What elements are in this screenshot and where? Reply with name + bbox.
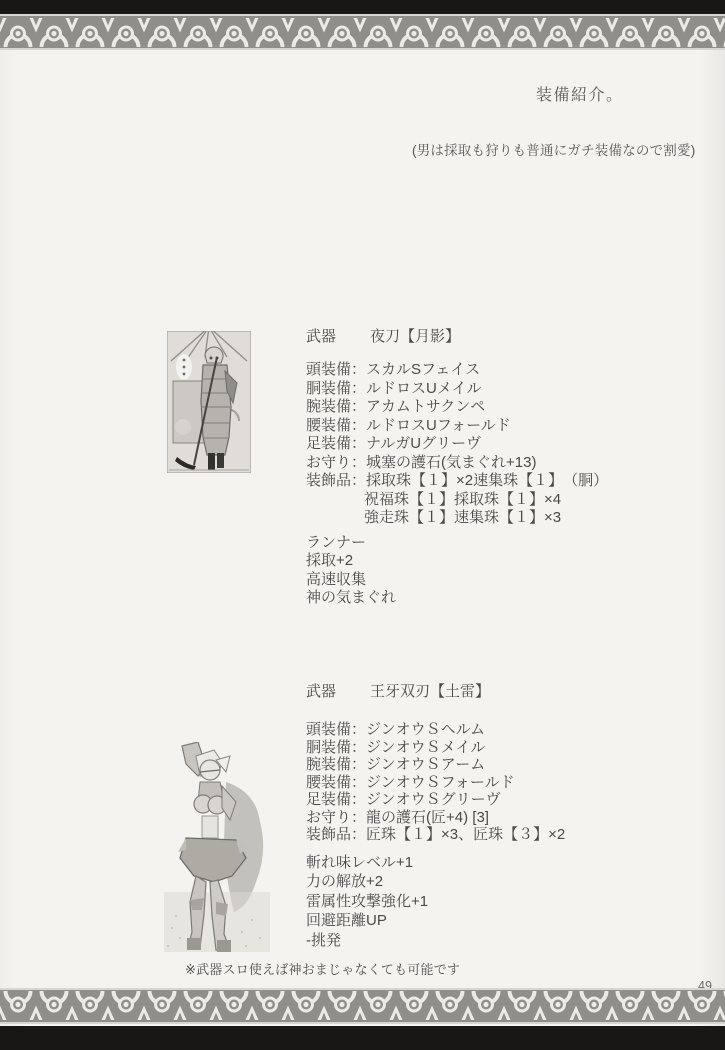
equipment-row: 頭装備：スカルSフェイス	[306, 361, 608, 380]
footnote: ※武器スロ使えば神おまじゃなくても可能です	[185, 959, 460, 978]
weapon-label: 武器	[306, 683, 370, 701]
equipment-value: 城塞の護石(気まぐれ+13)	[366, 454, 536, 471]
text-line: 斬れ味レベル+1	[306, 853, 565, 873]
bottom-ornament-border	[0, 988, 725, 1024]
equipment-slot-label: 装飾品：	[306, 826, 366, 843]
equipment-row: 足装備：ナルガUグリーヴ	[306, 435, 608, 454]
equipment-value: ナルガUグリーヴ	[366, 435, 481, 452]
skill-list: 斬れ味レベル+1 力の解放+2 雷属性攻撃強化+1 回避距離UP -挑発	[306, 853, 565, 951]
page-subtitle: (男は採取も狩りも普通にガチ装備なので割愛)	[412, 139, 695, 159]
weapon-line: 武器 王牙双刃【土雷】	[306, 683, 565, 701]
loadout-hunting-set: 武器 王牙双刃【土雷】 頭装備：ジンオウＳヘルム 胴装備：ジンオウＳメイル 腕装…	[306, 683, 565, 950]
top-ornament-border	[0, 14, 725, 50]
equipment-row: 足装備：ジンオウＳグリーヴ	[306, 791, 565, 809]
equipment-value: ルドロスUフォールド	[366, 417, 511, 434]
equipment-slot-label: 腰装備：	[306, 774, 366, 791]
equipment-slot-label: 腕装備：	[306, 756, 366, 773]
weapon-name: 夜刀【月影】	[370, 328, 460, 346]
equipment-slot-label: 足装備：	[306, 791, 366, 808]
bottom-black-strip	[0, 1026, 725, 1050]
equipment-row: 腕装備：ジンオウＳアーム	[306, 756, 565, 774]
equipment-value: 匠珠【１】×3、匠珠【３】×2	[366, 826, 565, 843]
equipment-row: 胴装備：ジンオウＳメイル	[306, 739, 565, 757]
equipment-slot-label: 腰装備：	[306, 417, 366, 434]
equipment-value: ジンオウＳグリーヴ	[366, 791, 501, 808]
equipment-slot-label: 装飾品：	[306, 472, 366, 489]
decoration-extra-lines: 祝福珠【１】採取珠【１】×4 強走珠【１】速集珠【１】×3	[306, 491, 608, 528]
equipment-list: 頭装備：スカルSフェイス 胴装備：ルドロスUメイル 腕装備：アカムトサクンペ 腰…	[306, 361, 608, 491]
equipment-slot-label: お守り：	[306, 809, 366, 826]
equipment-slot-label: 胴装備：	[306, 380, 366, 397]
text-line: 雷属性攻撃強化+1	[306, 892, 565, 912]
equipment-value: ジンオウＳメイル	[366, 739, 485, 756]
page-title: 装備紹介。	[536, 82, 624, 105]
text-line: 採取+2	[306, 552, 608, 571]
equipment-value: ルドロスUメイル	[366, 380, 482, 397]
equipment-value: アカムトサクンペ	[366, 398, 485, 415]
equipment-value: ジンオウＳヘルム	[366, 721, 485, 738]
equipment-slot-label: 頭装備：	[306, 721, 366, 738]
equipment-value: ジンオウＳアーム	[366, 756, 485, 773]
illustration-hunter-gathering-set	[167, 331, 251, 473]
equipment-row: 腰装備：ジンオウＳフォールド	[306, 774, 565, 792]
equipment-row: お守り：龍の護石(匠+4) [3]	[306, 809, 565, 827]
equipment-row: 胴装備：ルドロスUメイル	[306, 380, 608, 399]
text-line: 強走珠【１】速集珠【１】×3	[306, 509, 608, 528]
text-line: 高速収集	[306, 571, 608, 590]
text-line: 神の気まぐれ	[306, 589, 608, 608]
text-line: 力の解放+2	[306, 872, 565, 892]
equipment-value: スカルSフェイス	[366, 361, 480, 378]
equipment-row: 頭装備：ジンオウＳヘルム	[306, 721, 565, 739]
weapon-label: 武器	[306, 328, 370, 346]
equipment-slot-label: 腕装備：	[306, 398, 366, 415]
equipment-slot-label: 胴装備：	[306, 739, 366, 756]
weapon-line: 武器 夜刀【月影】	[306, 328, 608, 346]
equipment-row: 装飾品：採取珠【１】×2速集珠【１】 （胴）	[306, 472, 608, 491]
equipment-row: 腰装備：ルドロスUフォールド	[306, 417, 608, 436]
equipment-slot-label: 頭装備：	[306, 361, 366, 378]
illustration-huntress-zinogre-set	[156, 742, 278, 960]
text-line: 回避距離UP	[306, 911, 565, 931]
top-black-strip	[0, 0, 725, 14]
weapon-name: 王牙双刃【土雷】	[370, 683, 490, 701]
equipment-slot-label: お守り：	[306, 454, 366, 471]
equipment-value: ジンオウＳフォールド	[366, 774, 515, 791]
text-line: 祝福珠【１】採取珠【１】×4	[306, 491, 608, 510]
text-line: -挑発	[306, 931, 565, 951]
equipment-value: 龍の護石(匠+4) [3]	[366, 809, 489, 826]
equipment-row: 装飾品：匠珠【１】×3、匠珠【３】×2	[306, 826, 565, 844]
skill-list: ランナー 採取+2 高速収集 神の気まぐれ	[306, 534, 608, 608]
equipment-slot-label: 足装備：	[306, 435, 366, 452]
equipment-row: お守り：城塞の護石(気まぐれ+13)	[306, 454, 608, 473]
loadout-gathering-set: 武器 夜刀【月影】 頭装備：スカルSフェイス 胴装備：ルドロスUメイル 腕装備：…	[306, 328, 608, 608]
equipment-list: 頭装備：ジンオウＳヘルム 胴装備：ジンオウＳメイル 腕装備：ジンオウＳアーム 腰…	[306, 721, 565, 844]
equipment-value: 採取珠【１】×2速集珠【１】 （胴）	[366, 472, 608, 489]
text-line: ランナー	[306, 534, 608, 553]
scanned-book-page: 装備紹介。 (男は採取も狩りも普通にガチ装備なので割愛)	[0, 0, 725, 1050]
equipment-row: 腕装備：アカムトサクンペ	[306, 398, 608, 417]
